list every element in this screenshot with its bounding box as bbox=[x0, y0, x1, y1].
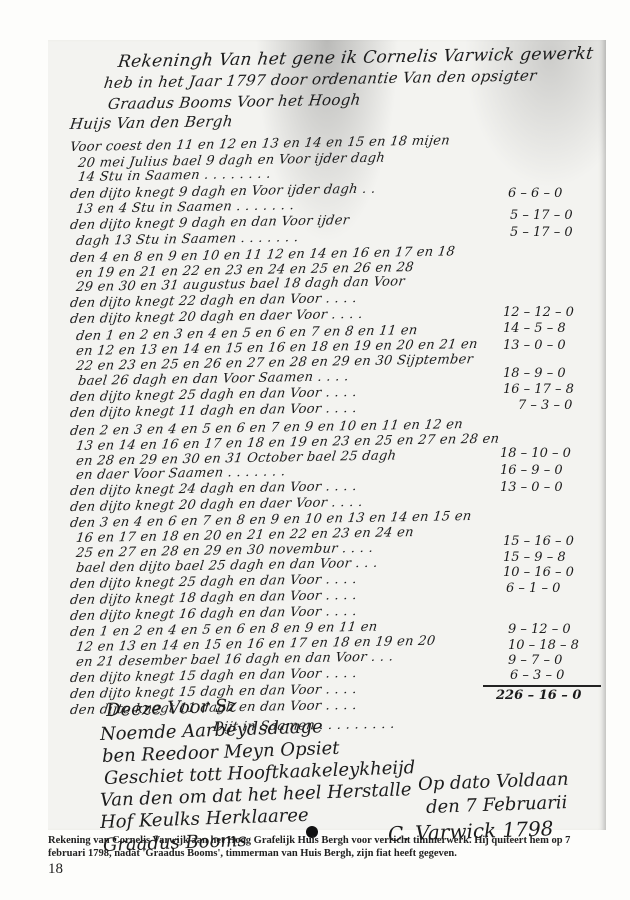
amount: 5 – 17 – 0 bbox=[510, 208, 573, 223]
total-rule bbox=[483, 685, 601, 687]
receipt-line: den 7 Februarii bbox=[426, 792, 568, 818]
total-amount: 226 – 16 – 0 bbox=[496, 688, 581, 703]
amount: 9 – 7 – 0 bbox=[508, 653, 562, 668]
amount: 18 – 9 – 0 bbox=[503, 366, 566, 381]
amount: 6 – 1 – 0 bbox=[506, 581, 560, 596]
body-line: 14 Stu in Saamen . . . . . . . . bbox=[77, 167, 272, 185]
amount: 16 – 9 – 0 bbox=[500, 463, 563, 478]
amount: 13 – 0 – 0 bbox=[503, 338, 566, 353]
amount: 6 – 6 – 0 bbox=[508, 186, 562, 201]
amount: 9 – 12 – 0 bbox=[508, 622, 571, 637]
page-number: 18 bbox=[48, 861, 63, 878]
attestation-line: Deeze Voor Sz bbox=[106, 695, 237, 721]
amount: 16 – 17 – 8 bbox=[503, 382, 574, 397]
amount: 6 – 3 – 0 bbox=[510, 668, 564, 683]
body-line: dagh 13 Stu in Saamen . . . . . . . bbox=[75, 230, 299, 249]
heading-line: Graadus Booms Voor het Hoogh bbox=[107, 91, 362, 113]
figure-caption: Rekening van Cornelis Varwijk aan het Ho… bbox=[48, 834, 608, 860]
amount: 15 – 16 – 0 bbox=[503, 534, 574, 549]
amount: 12 – 12 – 0 bbox=[503, 305, 574, 320]
amount: 15 – 9 – 8 bbox=[503, 550, 566, 565]
manuscript-scan: Rekeningh Van het gene ik Cornelis Varwi… bbox=[48, 40, 606, 830]
amount: 5 – 17 – 0 bbox=[510, 225, 573, 240]
body-line: Voor coest den 11 en 12 en 13 en 14 en 1… bbox=[69, 133, 451, 155]
heading-line: Huijs Van den Bergh bbox=[69, 112, 234, 133]
amount: 7 – 3 – 0 bbox=[518, 398, 572, 413]
amount: 13 – 0 – 0 bbox=[500, 480, 563, 495]
amount: 18 – 10 – 0 bbox=[500, 446, 571, 461]
receipt-line: Op dato Voldaan bbox=[418, 769, 569, 795]
amount: 10 – 18 – 8 bbox=[508, 638, 579, 653]
amount: 14 – 5 – 8 bbox=[503, 321, 566, 336]
amount: 10 – 16 – 0 bbox=[503, 565, 574, 580]
